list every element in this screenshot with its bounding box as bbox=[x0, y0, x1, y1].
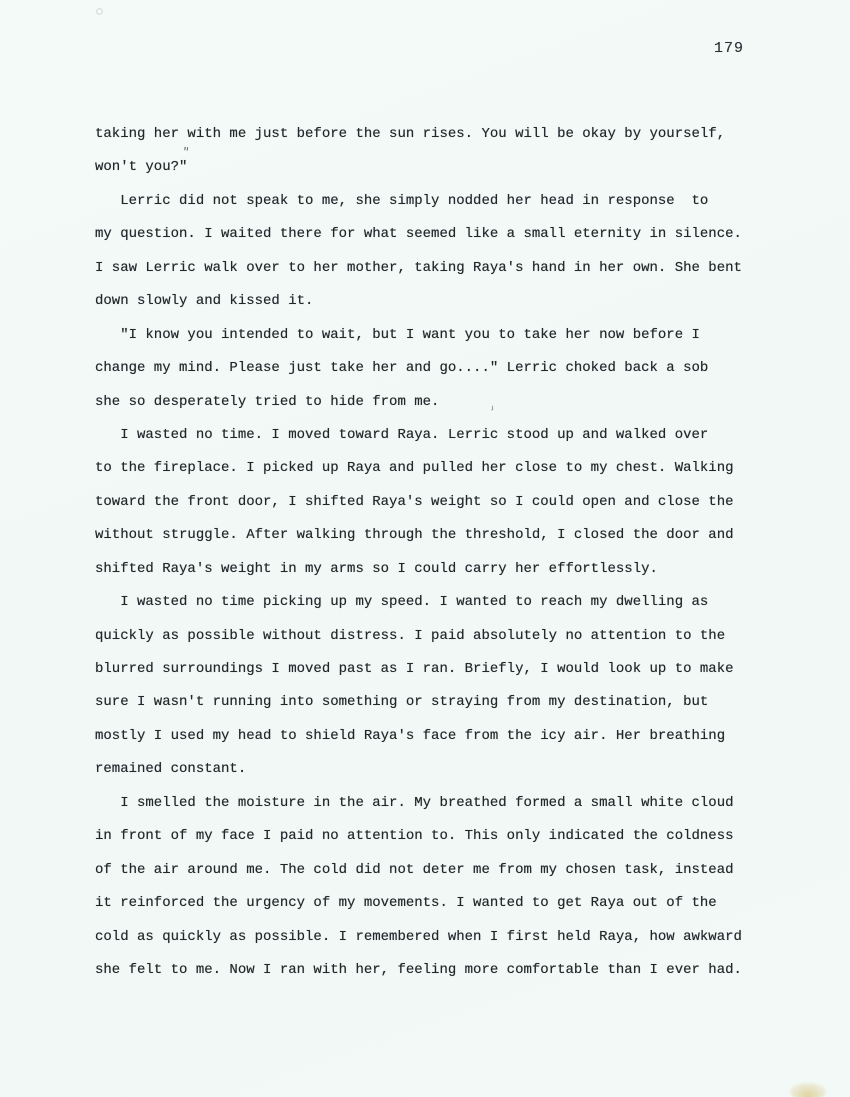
text-line: I wasted no time picking up my speed. I … bbox=[95, 586, 775, 619]
text-line: shifted Raya's weight in my arms so I co… bbox=[95, 553, 775, 586]
text-line: change my mind. Please just take her and… bbox=[95, 352, 775, 385]
paragraph: taking her with me just before the sun r… bbox=[95, 118, 775, 185]
text-line: I wasted no time. I moved toward Raya. L… bbox=[95, 419, 775, 452]
text-line: cold as quickly as possible. I remembere… bbox=[95, 921, 775, 954]
text-line: Lerric did not speak to me, she simply n… bbox=[95, 185, 775, 218]
paragraph: I smelled the moisture in the air. My br… bbox=[95, 787, 775, 988]
paragraph: I wasted no time. I moved toward Raya. L… bbox=[95, 419, 775, 586]
text-line: "I know you intended to wait, but I want… bbox=[95, 319, 775, 352]
text-line: in front of my face I paid no attention … bbox=[95, 820, 775, 853]
text-line: she so desperately tried to hide from me… bbox=[95, 386, 775, 419]
paragraph: Lerric did not speak to me, she simply n… bbox=[95, 185, 775, 319]
text-line: quickly as possible without distress. I … bbox=[95, 620, 775, 653]
text-line: taking her with me just before the sun r… bbox=[95, 118, 775, 151]
text-line: down slowly and kissed it. bbox=[95, 285, 775, 318]
text-line: won't you?" bbox=[95, 151, 775, 184]
text-line: sure I wasn't running into something or … bbox=[95, 686, 775, 719]
text-line: to the fireplace. I picked up Raya and p… bbox=[95, 452, 775, 485]
paragraph: "I know you intended to wait, but I want… bbox=[95, 319, 775, 419]
corner-smudge bbox=[790, 1083, 826, 1097]
text-line: remained constant. bbox=[95, 753, 775, 786]
text-line: I saw Lerric walk over to her mother, ta… bbox=[95, 252, 775, 285]
text-line: it reinforced the urgency of my movement… bbox=[95, 887, 775, 920]
text-line: my question. I waited there for what see… bbox=[95, 218, 775, 251]
text-line: I smelled the moisture in the air. My br… bbox=[95, 787, 775, 820]
page-number: 179 bbox=[714, 40, 744, 57]
manuscript-page: 179 taking her with me just before the s… bbox=[0, 0, 850, 1097]
scan-speck bbox=[96, 8, 103, 15]
text-line: without struggle. After walking through … bbox=[95, 519, 775, 552]
paragraph: I wasted no time picking up my speed. I … bbox=[95, 586, 775, 787]
text-line: she felt to me. Now I ran with her, feel… bbox=[95, 954, 775, 987]
text-line: mostly I used my head to shield Raya's f… bbox=[95, 720, 775, 753]
text-line: toward the front door, I shifted Raya's … bbox=[95, 486, 775, 519]
text-line: of the air around me. The cold did not d… bbox=[95, 854, 775, 887]
text-body: taking her with me just before the sun r… bbox=[95, 118, 775, 987]
text-line: blurred surroundings I moved past as I r… bbox=[95, 653, 775, 686]
